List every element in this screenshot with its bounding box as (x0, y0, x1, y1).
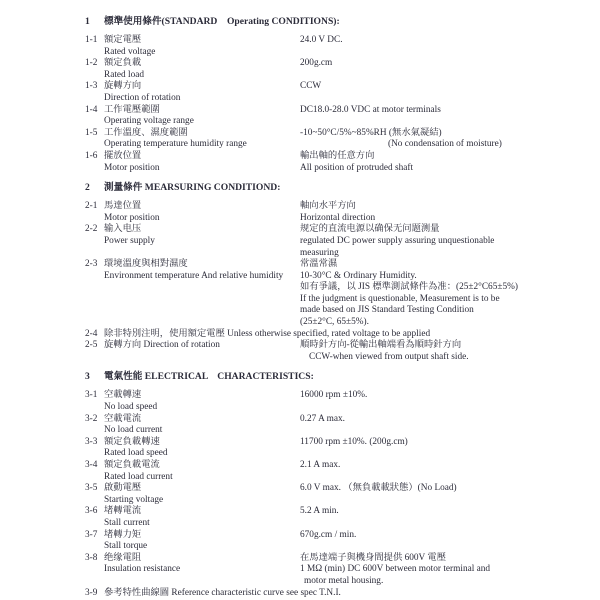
value-line: 1 MΩ (min) DC 600V between motor termina… (300, 564, 572, 576)
label-en: Motor position (85, 163, 300, 175)
value-line: 輸出軸的任意方向 (300, 151, 572, 163)
label-en: Motor position (85, 213, 300, 225)
item-number: 2-2 (85, 224, 104, 236)
label-line-zh: 2-1馬達位置 (85, 201, 300, 213)
spec-row-1-4: 1-4工作電壓範圍 Operating voltage range DC18.0… (85, 105, 572, 128)
label-en: Environment temperature And relative hum… (85, 271, 300, 283)
section-2-heading: 2測量條件 MEARSURING CONDITIOND: (85, 182, 572, 194)
label-zh: 擺放位置 (104, 151, 141, 161)
value-line: 16000 rpm ±10%. (300, 390, 572, 402)
spec-row-3-6: 3-6堵轉電流 Stall current 5.2 A min. (85, 506, 572, 529)
spec-value: DC18.0-28.0 VDC at motor terminals (300, 105, 572, 128)
label-zh: 馬達位置 (104, 201, 141, 211)
spec-row-3-8: 3-8绝缘電阻 Insulation resistance 在馬達端子與機身間提… (85, 553, 572, 588)
value-line: 2.1 A max. (300, 460, 572, 472)
value-line: 670g.cm / min. (300, 530, 572, 542)
label-en: Operating temperature humidity range (85, 139, 300, 151)
section-1-heading: 1標準使用條件(STANDARD Operating CONDITIONS): (85, 16, 572, 28)
spec-label: 3-7堵轉力矩 Stall torque (85, 530, 300, 553)
spec-label: 1-6擺放位置 Motor position (85, 151, 300, 174)
label-zh: 額定負載 (104, 58, 141, 68)
label-line-zh: 1-1額定電壓 (85, 35, 300, 47)
spec-value: 5.2 A min. (300, 506, 572, 529)
label-line-zh: 3-1空載轉速 (85, 390, 300, 402)
spec-label: 3-1空載轉速 No load speed (85, 390, 300, 413)
item-number: 1-1 (85, 35, 104, 47)
spec-label: 1-5工作溫度、濕度範圍 Operating temperature humid… (85, 128, 300, 151)
spec-value: 輸出軸的任意方向 All position of protruded shaft (300, 151, 572, 174)
label-zh: 空載轉速 (104, 390, 141, 400)
spec-value: 11700 rpm ±10%. (200g.cm) (300, 437, 572, 460)
label-zh: 額定負載電流 (104, 460, 160, 470)
spec-row-2-4: 2-4除非特別注明，使用額定電壓 Unless otherwise specif… (85, 329, 572, 341)
label-line-zh: 2-2输入电压 (85, 224, 300, 236)
spec-label: 2-3環境溫度與相對濕度 Environment temperature And… (85, 259, 300, 329)
spec-label: 3-5啟動電壓 Starting voltage (85, 483, 300, 506)
spec-label: 3-2空載電流 No load current (85, 414, 300, 437)
label-zh: 啟動電壓 (104, 483, 141, 493)
spec-row-1-2: 1-2額定負載 Rated load 200g.cm (85, 58, 572, 81)
spec-value: 670g.cm / min. (300, 530, 572, 553)
item-number: 1-5 (85, 128, 104, 140)
value-line: All position of protruded shaft (300, 163, 572, 175)
spec-value: 0.27 A max. (300, 414, 572, 437)
label-line-zh: 3-2空載電流 (85, 414, 300, 426)
label-en: Rated load current (85, 472, 300, 484)
spec-label: 3-4額定負載電流 Rated load current (85, 460, 300, 483)
item-number: 2-4 (85, 329, 104, 341)
item-number: 2-3 (85, 259, 104, 271)
label-zh: 堵轉力矩 (104, 530, 141, 540)
label-line-zh: 3-5啟動電壓 (85, 483, 300, 495)
label-line-zh: 3-7堵轉力矩 (85, 530, 300, 542)
spec-value: 规定的直流电源以确保无问题测量 regulated DC power suppl… (300, 224, 572, 259)
value-line: CCW (300, 81, 572, 93)
section-3-title: 電氣性能 ELECTRICAL CHARACTERISTICS: (104, 371, 314, 382)
spec-row-3-7: 3-7堵轉力矩 Stall torque 670g.cm / min. (85, 530, 572, 553)
label-mixed: 旋轉方向 Direction of rotation (104, 340, 220, 350)
label-zh: 堵轉電流 (104, 506, 141, 516)
value-line: 5.2 A min. (300, 506, 572, 518)
value-line: 常溫常濕 (300, 259, 572, 271)
spec-value: CCW (300, 81, 572, 104)
label-zh: 工作電壓範圍 (104, 105, 160, 115)
spec-label: 1-4工作電壓範圍 Operating voltage range (85, 105, 300, 128)
spec-label: 1-2額定負載 Rated load (85, 58, 300, 81)
spec-label: 3-3額定負載轉速 Rated load speed (85, 437, 300, 460)
spec-row-1-6: 1-6擺放位置 Motor position 輸出軸的任意方向 All posi… (85, 151, 572, 174)
value-line: Horizontal direction (300, 213, 572, 225)
value-line: 24.0 V DC. (300, 35, 572, 47)
label-zh: 旋轉方向 (104, 81, 141, 91)
item-number: 1-2 (85, 58, 104, 70)
label-en: Rated load (85, 70, 300, 82)
spec-full-text-line: 3-9參考特性曲線圖 Reference characteristic curv… (85, 588, 341, 600)
label-line-zh: 1-3旋轉方向 (85, 81, 300, 93)
value-line: 200g.cm (300, 58, 572, 70)
label-zh: 绝缘電阻 (104, 553, 141, 563)
value-line: 順時針方向-從輸出軸端看為順時針方向 (300, 340, 572, 352)
value-line: 軸向水平方向 (300, 201, 572, 213)
spec-value: 16000 rpm ±10%. (300, 390, 572, 413)
item-number: 3-5 (85, 483, 104, 495)
label-line-zh: 3-3額定負載轉速 (85, 437, 300, 449)
item-number: 1-3 (85, 81, 104, 93)
value-line: DC18.0-28.0 VDC at motor terminals (300, 105, 572, 117)
value-line: made based on JIS Standard Testing Condi… (300, 305, 572, 317)
section-1-number: 1 (85, 16, 104, 28)
spec-value: 常溫常濕 10-30°C & Ordinary Humidity. 如有爭議，以… (300, 259, 572, 329)
value-line: CCW-when viewed from output shaft side. (309, 352, 572, 364)
spec-row-2-5: 2-5旋轉方向 Direction of rotation 順時針方向-從輸出軸… (85, 340, 572, 363)
value-line: 0.27 A max. (300, 414, 572, 426)
value-line: 10-30°C & Ordinary Humidity. (300, 271, 572, 283)
item-number: 2-1 (85, 201, 104, 213)
label-line-zh: 3-4額定負載電流 (85, 460, 300, 472)
label-line-zh: 1-4工作電壓範圍 (85, 105, 300, 117)
spec-label: 3-8绝缘電阻 Insulation resistance (85, 553, 300, 588)
label-en: Starting voltage (85, 495, 300, 507)
spec-label: 3-6堵轉電流 Stall current (85, 506, 300, 529)
label-zh: 環境溫度與相對濕度 (104, 259, 188, 269)
spec-row-3-1: 3-1空載轉速 No load speed 16000 rpm ±10%. (85, 390, 572, 413)
label-en: Stall torque (85, 541, 300, 553)
section-3-heading: 3電氣性能 ELECTRICAL CHARACTERISTICS: (85, 371, 572, 383)
spec-value: 24.0 V DC. (300, 35, 572, 58)
label-line-zh: 1-6擺放位置 (85, 151, 300, 163)
label-en: No load current (85, 425, 300, 437)
label-en: Rated voltage (85, 47, 300, 59)
item-number: 1-4 (85, 105, 104, 117)
label-line-zh: 2-3環境溫度與相對濕度 (85, 259, 300, 271)
item-number: 3-9 (85, 588, 104, 600)
spec-label: 1-1額定電壓 Rated voltage (85, 35, 300, 58)
value-line: (25±2°C, 65±5%). (300, 317, 572, 329)
label-zh: 输入电压 (104, 224, 141, 234)
spec-value: -10~50°C/5%~85%RH (無水氣凝結) (No condensati… (300, 128, 572, 151)
spec-full-text: 除非特別注明，使用額定電壓 Unless otherwise specified… (104, 329, 430, 339)
label-en: Operating voltage range (85, 116, 300, 128)
section-1-title: 標準使用條件(STANDARD Operating CONDITIONS): (104, 16, 340, 27)
spec-row-3-9: 3-9參考特性曲線圖 Reference characteristic curv… (85, 588, 572, 600)
spec-value: 2.1 A max. (300, 460, 572, 483)
label-zh: 額定負載轉速 (104, 437, 160, 447)
value-line: If the judgment is questionable, Measure… (300, 294, 572, 306)
value-line: motor metal housing. (304, 576, 572, 588)
value-line: regulated DC power supply assuring unque… (300, 236, 572, 248)
item-number: 2-5 (85, 340, 104, 352)
spec-value: 在馬達端子與機身間提供 600V 電壓 1 MΩ (min) DC 600V b… (300, 553, 572, 588)
spec-value: 6.0 V max. （無負載載狀態）(No Load) (300, 483, 572, 506)
spec-row-2-3: 2-3環境溫度與相對濕度 Environment temperature And… (85, 259, 572, 329)
value-line: measuring (300, 248, 572, 260)
section-3-number: 3 (85, 371, 104, 383)
label-en: Power supply (85, 236, 300, 248)
spec-row-3-4: 3-4額定負載電流 Rated load current 2.1 A max. (85, 460, 572, 483)
item-number: 3-4 (85, 460, 104, 472)
label-en: Stall current (85, 518, 300, 530)
value-line: (No condensation of moisture) (388, 139, 572, 151)
label-zh: 額定電壓 (104, 35, 141, 45)
spec-label: 2-5旋轉方向 Direction of rotation (85, 340, 300, 363)
spec-row-1-3: 1-3旋轉方向 Direction of rotation CCW (85, 81, 572, 104)
item-number: 3-8 (85, 553, 104, 565)
item-number: 3-1 (85, 390, 104, 402)
spec-value: 順時針方向-從輸出軸端看為順時針方向 CCW-when viewed from … (300, 340, 572, 363)
item-number: 1-6 (85, 151, 104, 163)
label-en: Direction of rotation (85, 93, 300, 105)
label-line-zh: 1-5工作溫度、濕度範圍 (85, 128, 300, 140)
label-en: Rated load speed (85, 448, 300, 460)
spec-row-1-1: 1-1額定電壓 Rated voltage 24.0 V DC. (85, 35, 572, 58)
spec-label: 2-2输入电压 Power supply (85, 224, 300, 259)
spec-row-2-1: 2-1馬達位置 Motor position 軸向水平方向 Horizontal… (85, 201, 572, 224)
section-2-number: 2 (85, 182, 104, 194)
label-en: No load speed (85, 402, 300, 414)
spec-value: 軸向水平方向 Horizontal direction (300, 201, 572, 224)
item-number: 3-7 (85, 530, 104, 542)
spec-document-page: 1標準使用條件(STANDARD Operating CONDITIONS): … (0, 0, 600, 600)
label-line-mixed: 2-5旋轉方向 Direction of rotation (85, 340, 300, 352)
section-2-title: 測量條件 MEARSURING CONDITIOND: (104, 182, 280, 193)
spec-full-text: 參考特性曲線圖 Reference characteristic curve s… (104, 588, 341, 598)
value-line: -10~50°C/5%~85%RH (無水氣凝結) (300, 128, 572, 140)
label-en: Insulation resistance (85, 564, 300, 576)
value-line: 规定的直流电源以确保无问题测量 (300, 224, 572, 236)
value-line: 在馬達端子與機身間提供 600V 電壓 (300, 553, 572, 565)
spec-label: 2-1馬達位置 Motor position (85, 201, 300, 224)
spec-row-3-3: 3-3額定負載轉速 Rated load speed 11700 rpm ±10… (85, 437, 572, 460)
item-number: 3-6 (85, 506, 104, 518)
spec-row-3-2: 3-2空載電流 No load current 0.27 A max. (85, 414, 572, 437)
item-number: 3-2 (85, 414, 104, 426)
label-zh: 空載電流 (104, 414, 141, 424)
spec-row-2-2: 2-2输入电压 Power supply 规定的直流电源以确保无问题测量 reg… (85, 224, 572, 259)
spec-full-text-line: 2-4除非特別注明，使用額定電壓 Unless otherwise specif… (85, 329, 430, 341)
value-line: 11700 rpm ±10%. (200g.cm) (300, 437, 572, 449)
spec-label: 1-3旋轉方向 Direction of rotation (85, 81, 300, 104)
value-line: 6.0 V max. （無負載載狀態）(No Load) (300, 483, 572, 495)
label-line-zh: 3-6堵轉電流 (85, 506, 300, 518)
spec-row-3-5: 3-5啟動電壓 Starting voltage 6.0 V max. （無負載… (85, 483, 572, 506)
item-number: 3-3 (85, 437, 104, 449)
value-line: 如有爭議，以 JIS 標準測試條件為准：(25±2°C65±5%) (300, 282, 572, 294)
label-line-zh: 1-2額定負載 (85, 58, 300, 70)
spec-row-1-5: 1-5工作溫度、濕度範圍 Operating temperature humid… (85, 128, 572, 151)
label-zh: 工作溫度、濕度範圍 (104, 128, 188, 138)
spec-value: 200g.cm (300, 58, 572, 81)
label-line-zh: 3-8绝缘電阻 (85, 553, 300, 565)
